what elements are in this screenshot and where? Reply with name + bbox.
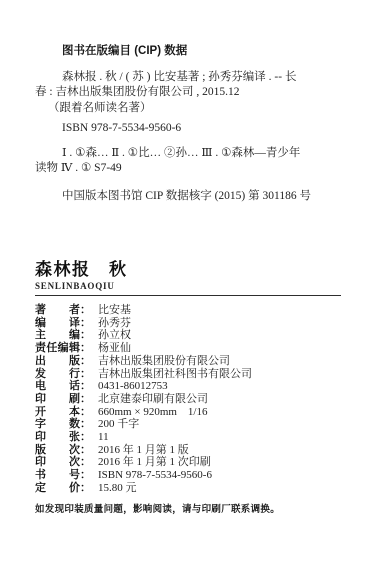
colophon-colon: ： xyxy=(80,431,91,444)
copyright-page: 图书在版编目 (CIP) 数据 森林报 . 秋 / ( 苏 ) 比安基著 ; 孙… xyxy=(0,0,375,575)
cip-heading: 图书在版编目 (CIP) 数据 xyxy=(35,44,341,60)
colophon-colon: ： xyxy=(80,317,91,330)
colophon-colon: ： xyxy=(80,418,91,431)
colophon-label: 印次 xyxy=(35,456,80,469)
colophon-label: 出版 xyxy=(35,355,80,368)
colophon-colon: ： xyxy=(80,355,91,368)
colophon-value: 比安基 xyxy=(98,304,131,317)
colophon-value: 孙秀芬 xyxy=(98,317,131,330)
colophon-colon: ： xyxy=(80,444,91,457)
colophon-value: 吉林出版集团社科图书有限公司 xyxy=(98,368,252,381)
colophon-label: 主编 xyxy=(35,329,80,342)
colophon-colon: ： xyxy=(80,304,91,317)
cip-classification: Ⅰ . ①森… Ⅱ . ①比… ②孙… Ⅲ . ①森林—青少年 读物 Ⅳ . ①… xyxy=(35,146,341,177)
colophon-value: 15.80 元 xyxy=(98,482,137,495)
colophon-row-impression: 印次：2016 年 1 月第 1 次印刷 xyxy=(35,456,341,469)
colophon-label: 印张 xyxy=(35,431,80,444)
colophon-row-chief-editor: 主编：孙立权 xyxy=(35,329,341,342)
colophon-label: 字数 xyxy=(35,418,80,431)
colophon-value: 0431-86012753 xyxy=(98,380,168,393)
colophon-row-edition: 版次：2016 年 1 月第 1 版 xyxy=(35,444,341,457)
colophon-list: 著者：比安基 编译：孙秀芬 主编：孙立权 责任编辑：杨亚仙 出版：吉林出版集团股… xyxy=(35,304,341,495)
colophon-row-word-count: 字数：200 千字 xyxy=(35,418,341,431)
colophon-row-author: 著者：比安基 xyxy=(35,304,341,317)
colophon-colon: ： xyxy=(80,380,91,393)
colophon-colon: ： xyxy=(80,368,91,381)
colophon-colon: ： xyxy=(80,456,91,469)
cip-entry-line-3: （跟着名师读名著） xyxy=(35,101,341,117)
colophon-row-price: 定价：15.80 元 xyxy=(35,482,341,495)
colophon-row-translator: 编译：孙秀芬 xyxy=(35,317,341,330)
book-title: 森林报 秋 xyxy=(35,260,341,279)
colophon-value: 杨亚仙 xyxy=(98,342,131,355)
colophon-colon: ： xyxy=(80,406,91,419)
colophon-label: 编译 xyxy=(35,317,80,330)
colophon-colon: ： xyxy=(80,329,91,342)
colophon-row-responsible-editor: 责任编辑：杨亚仙 xyxy=(35,342,341,355)
quality-note: 如发现印装质量问题，影响阅读，请与印刷厂联系调换。 xyxy=(35,501,341,515)
cip-section: 图书在版编目 (CIP) 数据 森林报 . 秋 / ( 苏 ) 比安基著 ; 孙… xyxy=(35,44,341,204)
cip-entry: 森林报 . 秋 / ( 苏 ) 比安基著 ; 孙秀芬编译 . -- 长 春 : … xyxy=(35,70,341,117)
title-divider xyxy=(35,295,341,296)
colophon-row-publisher: 出版：吉林出版集团股份有限公司 xyxy=(35,355,341,368)
colophon-colon: ： xyxy=(80,393,91,406)
colophon-colon: ： xyxy=(80,482,91,495)
colophon-label: 印刷 xyxy=(35,393,80,406)
colophon-colon: ： xyxy=(80,342,91,355)
cip-classification-line-2: 读物 Ⅳ . ① S7-49 xyxy=(35,161,341,177)
cip-entry-line-1: 森林报 . 秋 / ( 苏 ) 比安基著 ; 孙秀芬编译 . -- 长 xyxy=(35,70,341,86)
colophon-label: 著者 xyxy=(35,304,80,317)
colophon-colon: ： xyxy=(80,469,91,482)
colophon-row-printer: 印刷：北京建泰印刷有限公司 xyxy=(35,393,341,406)
title-section: 森林报 秋 SENLINBAOQIU 著者：比安基 编译：孙秀芬 主编：孙立权 … xyxy=(35,260,341,515)
cip-entry-line-2: 春 : 吉林出版集团股份有限公司 , 2015.12 xyxy=(35,85,341,101)
cip-classification-line-1: Ⅰ . ①森… Ⅱ . ①比… ②孙… Ⅲ . ①森林—青少年 xyxy=(35,146,341,162)
colophon-value: 660mm × 920mm 1/16 xyxy=(98,406,207,419)
colophon-label: 版次 xyxy=(35,444,80,457)
cip-isbn: ISBN 978-7-5534-9560-6 xyxy=(35,121,341,137)
colophon-label: 定价 xyxy=(35,482,80,495)
colophon-value: 200 千字 xyxy=(98,418,139,431)
colophon-value: 11 xyxy=(98,431,109,444)
cip-record-number: 中国版本图书馆 CIP 数据核字 (2015) 第 301186 号 xyxy=(35,189,341,205)
colophon-value: 吉林出版集团股份有限公司 xyxy=(98,355,230,368)
colophon-value: 2016 年 1 月第 1 次印刷 xyxy=(98,456,211,469)
colophon-label: 发行 xyxy=(35,368,80,381)
colophon-label: 开本 xyxy=(35,406,80,419)
colophon-label: 责任编辑 xyxy=(35,342,80,355)
colophon-value: 孙立权 xyxy=(98,329,131,342)
colophon-label: 电话 xyxy=(35,380,80,393)
colophon-row-distributor: 发行：吉林出版集团社科图书有限公司 xyxy=(35,368,341,381)
colophon-value: 北京建泰印刷有限公司 xyxy=(98,393,208,406)
book-title-pinyin: SENLINBAOQIU xyxy=(35,281,341,291)
colophon-label: 书号 xyxy=(35,469,80,482)
colophon-row-sheets: 印张：11 xyxy=(35,431,341,444)
colophon-value: ISBN 978-7-5534-9560-6 xyxy=(98,469,212,482)
colophon-row-format: 开本：660mm × 920mm 1/16 xyxy=(35,406,341,419)
colophon-row-book-number: 书号：ISBN 978-7-5534-9560-6 xyxy=(35,469,341,482)
colophon-value: 2016 年 1 月第 1 版 xyxy=(98,444,189,457)
colophon-row-phone: 电话：0431-86012753 xyxy=(35,380,341,393)
